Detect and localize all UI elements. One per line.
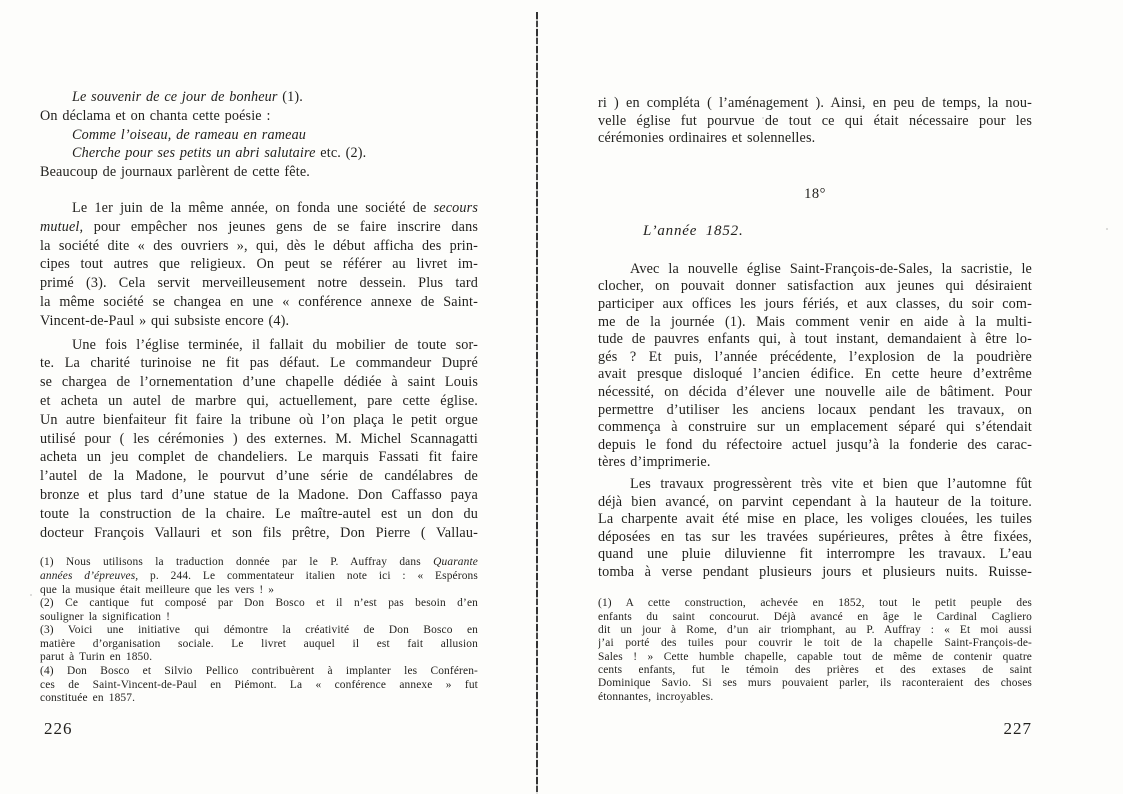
text-run: Une fois l’église terminée, il fallait d… bbox=[72, 337, 478, 353]
text-run: Beaucoup de journaux parlèrent de cette … bbox=[40, 164, 310, 180]
text-run: (3) Voici une initiative qui démontre la… bbox=[40, 624, 478, 636]
text-run: docteur François Vallauri et son fils pr… bbox=[40, 525, 478, 541]
footnote-4-left: (4) Don Bosco et Silvio Pellico contribu… bbox=[40, 665, 478, 706]
text-line: matière d’organisation sociale. Le livre… bbox=[40, 638, 478, 652]
text-run: commença à construire sur un emplacement… bbox=[598, 419, 1032, 435]
footnote-2-left: (2) Ce cantique fut composé par Don Bosc… bbox=[40, 597, 478, 624]
text-run: (4) Don Bosco et Silvio Pellico contribu… bbox=[40, 665, 478, 677]
text-run: Un autre bienfaiteur fit faire la tribun… bbox=[40, 412, 478, 428]
text-line: que la musique était meilleure que les v… bbox=[40, 584, 478, 598]
page-right-body: ri ) en compléta ( l’aménagement ). Ains… bbox=[598, 95, 1032, 581]
text-run: Les travaux progressèrent très vite et b… bbox=[630, 476, 1032, 492]
italic-text-run: Quarante bbox=[433, 556, 478, 568]
text-run: te. La charité turinoise ne fit pas défa… bbox=[40, 355, 478, 371]
book-gutter-line bbox=[536, 12, 538, 794]
italic-text-run: mutuel, bbox=[40, 219, 83, 235]
footnote-1-left: (1) Nous utilisons la traduction donnée … bbox=[40, 556, 478, 597]
text-run: velle église fut pourvue de tout ce qui … bbox=[598, 113, 1032, 129]
text-run: toute la construction de la chaire. Le m… bbox=[40, 506, 478, 522]
text-line: Comme l’oiseau, de rameau en rameau bbox=[40, 126, 478, 145]
text-run: permettre d’utiliser les anciens locaux … bbox=[598, 402, 1032, 418]
text-run: participer aux offices les jours fériés,… bbox=[598, 296, 1032, 312]
paragraph-mobilier-eglise: Une fois l’église terminée, il fallait d… bbox=[40, 336, 478, 543]
page-right: ri ) en compléta ( l’aménagement ). Ains… bbox=[598, 95, 1032, 704]
text-line: tères d’imprimerie. bbox=[598, 454, 1032, 472]
text-line: souligner la signification ! bbox=[40, 611, 478, 625]
text-run: primé (3). Cela servit merveilleusement … bbox=[40, 275, 478, 291]
text-run: clocher, on pouvait donner satisfaction … bbox=[598, 278, 1032, 294]
page-left-body: Le souvenir de ce jour de bonheur (1).On… bbox=[40, 88, 478, 542]
text-line: déposées en tas sur les travées supérieu… bbox=[598, 529, 1032, 547]
paragraph-travaux-pluie: Les travaux progressèrent très vite et b… bbox=[598, 476, 1032, 582]
text-line: et acheta un autel de marbre qui, actuel… bbox=[40, 392, 478, 411]
text-line: La charpente avait été mise en place, le… bbox=[598, 511, 1032, 529]
text-run: Le 1er juin de la même année, on fonda u… bbox=[72, 200, 434, 216]
text-run: etc. (2). bbox=[316, 145, 367, 161]
text-line: (1) A cette construction, achevée en 185… bbox=[598, 597, 1032, 610]
text-line: la même société se changea en une « conf… bbox=[40, 293, 478, 312]
text-run: la société dite « des ouvriers », qui, d… bbox=[40, 238, 478, 254]
text-run: Dominique Savio. Si ses murs pouvaient p… bbox=[598, 677, 1032, 689]
text-run: enfants du saint concourut. Déjà avancé … bbox=[598, 611, 1032, 623]
text-run: souligner la signification ! bbox=[40, 611, 170, 623]
text-line: utilisé pour ( les cérémonies ) des exte… bbox=[40, 430, 478, 449]
text-line: Le 1er juin de la même année, on fonda u… bbox=[40, 199, 478, 218]
text-line: (4) Don Bosco et Silvio Pellico contribu… bbox=[40, 665, 478, 679]
text-line: clocher, on pouvait donner satisfaction … bbox=[598, 278, 1032, 296]
scan-speck bbox=[762, 117, 764, 119]
text-line: déjà bien avancé, on parvint cependant à… bbox=[598, 494, 1032, 512]
text-run: étonnantes, incroyables. bbox=[598, 691, 713, 703]
text-line: Le souvenir de ce jour de bonheur (1). bbox=[40, 88, 478, 107]
text-run: se chargea de l’ornementation d’une chap… bbox=[40, 374, 478, 390]
text-line: cipes tout autres que religieux. On peut… bbox=[40, 255, 478, 274]
text-run: constituée en 1857. bbox=[40, 692, 135, 704]
text-line: constituée en 1857. bbox=[40, 692, 478, 706]
italic-text-run: secours bbox=[434, 200, 478, 216]
text-line: Dominique Savio. Si ses murs pouvaient p… bbox=[598, 677, 1032, 690]
text-line: velle église fut pourvue de tout ce qui … bbox=[598, 113, 1032, 131]
text-line: participer aux offices les jours fériés,… bbox=[598, 296, 1032, 314]
text-run: matière d’organisation sociale. Le livre… bbox=[40, 638, 478, 650]
text-run: bronze et plus tard d’une statue de la M… bbox=[40, 487, 478, 503]
footnotes-right: (1) A cette construction, achevée en 185… bbox=[598, 597, 1032, 703]
text-line: parut à Turin en 1850. bbox=[40, 651, 478, 665]
text-line: la société dite « des ouvriers », qui, d… bbox=[40, 237, 478, 256]
text-run: déjà bien avancé, on parvint cependant à… bbox=[598, 494, 1032, 510]
text-line: enfants du saint concourut. Déjà avancé … bbox=[598, 611, 1032, 624]
text-run: dit un jour à Rome, d’un air triomphant,… bbox=[598, 624, 1032, 636]
text-run: j’ai porté des tuiles pour couvrir le to… bbox=[598, 637, 1032, 649]
text-line: mutuel, pour empêcher nos jeunes gens de… bbox=[40, 218, 478, 237]
text-run: cérémonies ordinaires et solennelles. bbox=[598, 130, 815, 146]
text-line: commença à construire sur un emplacement… bbox=[598, 419, 1032, 437]
page-number-left: 226 bbox=[44, 719, 73, 739]
text-run: p. 244. Le commentateur italien note ici… bbox=[138, 570, 478, 582]
text-line: tomba à verse pendant plusieurs jours et… bbox=[598, 564, 1032, 582]
text-line: cents enfants, fut le témoin des prières… bbox=[598, 664, 1032, 677]
text-line: j’ai porté des tuiles pour couvrir le to… bbox=[598, 637, 1032, 650]
text-line: depuis le fond du réfectoire actuel jusq… bbox=[598, 437, 1032, 455]
text-run: Avec la nouvelle église Saint-François-d… bbox=[630, 261, 1032, 277]
text-line: bronze et plus tard d’une statue de la M… bbox=[40, 486, 478, 505]
text-run: depuis le fond du réfectoire actuel jusq… bbox=[598, 437, 1032, 453]
scan-speck bbox=[1106, 228, 1108, 230]
text-run: (1) Nous utilisons la traduction donnée … bbox=[40, 556, 433, 568]
text-run: (2) Ce cantique fut composé par Don Bosc… bbox=[40, 597, 478, 609]
text-line: dit un jour à Rome, d’un air triomphant,… bbox=[598, 624, 1032, 637]
italic-text-run: Le souvenir de ce jour de bonheur bbox=[72, 89, 278, 105]
text-line: Avec la nouvelle église Saint-François-d… bbox=[598, 261, 1032, 279]
text-run: gés ? Et puis, l’année précédente, l’exp… bbox=[598, 349, 1032, 365]
text-line: gés ? Et puis, l’année précédente, l’exp… bbox=[598, 349, 1032, 367]
paragraph-nouvelle-aile: Avec la nouvelle église Saint-François-d… bbox=[598, 261, 1032, 472]
text-line: l’autel de la Madone, le pourvut d’une s… bbox=[40, 467, 478, 486]
text-run: acheta un jeu complet de chandeliers. Le… bbox=[40, 449, 478, 465]
text-run: (1) A cette construction, achevée en 185… bbox=[598, 597, 1032, 609]
text-run: tères d’imprimerie. bbox=[598, 454, 711, 470]
text-line: cérémonies ordinaires et solennelles. bbox=[598, 130, 1032, 148]
text-line: acheta un jeu complet de chandeliers. Le… bbox=[40, 448, 478, 467]
text-line: ri ) en compléta ( l’aménagement ). Ains… bbox=[598, 95, 1032, 113]
text-line: te. La charité turinoise ne fit pas défa… bbox=[40, 354, 478, 373]
paragraph-societe-secours-mutuel: Le 1er juin de la même année, on fonda u… bbox=[40, 199, 478, 331]
page-number-right: 227 bbox=[932, 719, 1032, 739]
text-line: tude de pauvres enfants qui, à tout inst… bbox=[598, 331, 1032, 349]
text-line: Un autre bienfaiteur fit faire la tribun… bbox=[40, 411, 478, 430]
text-run: que la musique était meilleure que les v… bbox=[40, 584, 274, 596]
text-line: Sales ! » Cette humble chapelle, capable… bbox=[598, 651, 1032, 664]
text-run: utilisé pour ( les cérémonies ) des exte… bbox=[40, 431, 478, 447]
text-run: Vincent-de-Paul » qui subsiste encore (4… bbox=[40, 313, 289, 329]
italic-text-run: années d’épreuves, bbox=[40, 570, 138, 582]
text-run: ces de Saint-Vincent-de-Paul en Piémont.… bbox=[40, 679, 478, 691]
text-line: me de la journée (1). Mais comment venir… bbox=[598, 314, 1032, 332]
text-run: tomba à verse pendant plusieurs jours et… bbox=[598, 564, 1032, 580]
text-line: Beaucoup de journaux parlèrent de cette … bbox=[40, 163, 478, 182]
text-run: cents enfants, fut le témoin des prières… bbox=[598, 664, 1032, 676]
poem-intro-block: Le souvenir de ce jour de bonheur (1).On… bbox=[40, 88, 478, 182]
text-line: (3) Voici une initiative qui démontre la… bbox=[40, 624, 478, 638]
text-line: quand une pluie diluvienne fit interromp… bbox=[598, 546, 1032, 564]
text-run: avait presque disloqué l’ancien édifice.… bbox=[598, 366, 1032, 382]
text-run: Sales ! » Cette humble chapelle, capable… bbox=[598, 651, 1032, 663]
text-run: nécessité, on décida d’élever une nouvel… bbox=[598, 384, 1032, 400]
subheading-annee-1852: L’année 1852. bbox=[598, 222, 1032, 240]
text-run: la même société se changea en une « conf… bbox=[40, 294, 478, 310]
text-run: On déclama et on chanta cette poésie : bbox=[40, 108, 271, 124]
text-line: (1) Nous utilisons la traduction donnée … bbox=[40, 556, 478, 570]
text-line: se chargea de l’ornementation d’une chap… bbox=[40, 373, 478, 392]
text-run: déposées en tas sur les travées supérieu… bbox=[598, 529, 1032, 545]
italic-text-run: Comme l’oiseau, de rameau en rameau bbox=[72, 127, 306, 143]
text-line: étonnantes, incroyables. bbox=[598, 691, 1032, 704]
text-line: permettre d’utiliser les anciens locaux … bbox=[598, 402, 1032, 420]
text-run: ri ) en compléta ( l’aménagement ). Ains… bbox=[598, 95, 1032, 111]
text-run: l’autel de la Madone, le pourvut d’une s… bbox=[40, 468, 478, 484]
footnote-1-right: (1) A cette construction, achevée en 185… bbox=[598, 597, 1032, 703]
text-run: tude de pauvres enfants qui, à tout inst… bbox=[598, 331, 1032, 347]
text-line: Vincent-de-Paul » qui subsiste encore (4… bbox=[40, 312, 478, 331]
text-run: me de la journée (1). Mais comment venir… bbox=[598, 314, 1032, 330]
text-run: La charpente avait été mise en place, le… bbox=[598, 511, 1032, 527]
text-line: Cherche pour ses petits un abri salutair… bbox=[40, 144, 478, 163]
page-left: Le souvenir de ce jour de bonheur (1).On… bbox=[40, 88, 478, 706]
section-heading-18: 18° bbox=[598, 185, 1032, 203]
scan-speck bbox=[30, 594, 32, 596]
text-line: ces de Saint-Vincent-de-Paul en Piémont.… bbox=[40, 679, 478, 693]
text-line: On déclama et on chanta cette poésie : bbox=[40, 107, 478, 126]
text-line: nécessité, on décida d’élever une nouvel… bbox=[598, 384, 1032, 402]
text-line: avait presque disloqué l’ancien édifice.… bbox=[598, 366, 1032, 384]
text-line: (2) Ce cantique fut composé par Don Bosc… bbox=[40, 597, 478, 611]
text-run: et acheta un autel de marbre qui, actuel… bbox=[40, 393, 478, 409]
text-run: (1). bbox=[278, 89, 303, 105]
italic-text-run: Cherche pour ses petits un abri salutair… bbox=[72, 145, 316, 161]
text-line: Une fois l’église terminée, il fallait d… bbox=[40, 336, 478, 355]
text-line: docteur François Vallauri et son fils pr… bbox=[40, 524, 478, 543]
text-run: pour empêcher nos jeunes gens de se fair… bbox=[83, 219, 478, 235]
text-run: cipes tout autres que religieux. On peut… bbox=[40, 256, 478, 272]
footnote-3-left: (3) Voici une initiative qui démontre la… bbox=[40, 624, 478, 665]
text-line: toute la construction de la chaire. Le m… bbox=[40, 505, 478, 524]
text-line: primé (3). Cela servit merveilleusement … bbox=[40, 274, 478, 293]
text-line: années d’épreuves, p. 244. Le commentate… bbox=[40, 570, 478, 584]
text-line: Les travaux progressèrent très vite et b… bbox=[598, 476, 1032, 494]
book-page-spread: Le souvenir de ce jour de bonheur (1).On… bbox=[0, 0, 1123, 794]
footnotes-left: (1) Nous utilisons la traduction donnée … bbox=[40, 556, 478, 706]
text-run: parut à Turin en 1850. bbox=[40, 651, 152, 663]
text-run: quand une pluie diluvienne fit interromp… bbox=[598, 546, 1032, 562]
paragraph-continuation: ri ) en compléta ( l’aménagement ). Ains… bbox=[598, 95, 1032, 148]
